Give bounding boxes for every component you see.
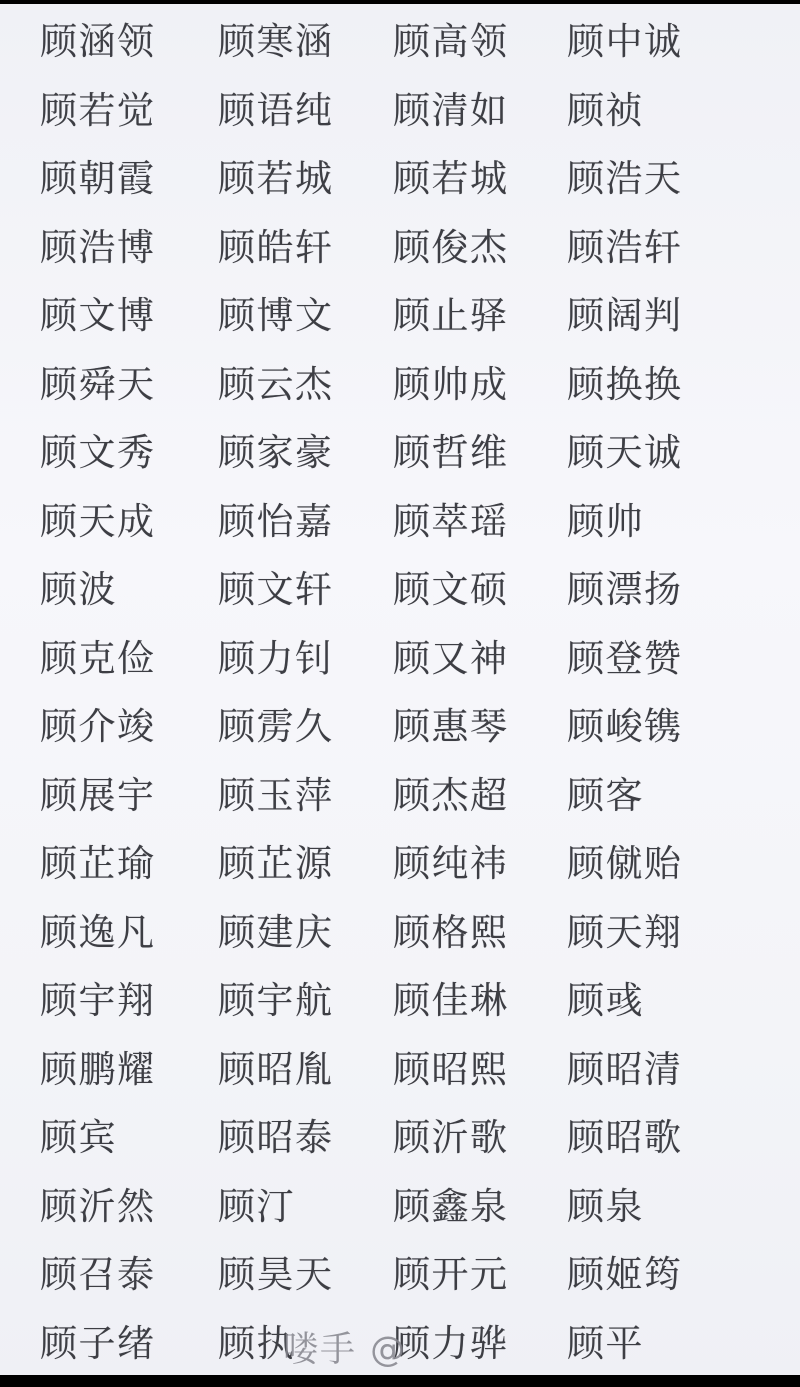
name-cell: 顾纯祎	[393, 833, 567, 887]
name-cell: 顾中诚	[567, 11, 800, 65]
name-cell: 顾俊杰	[393, 217, 567, 271]
name-cell: 顾宾	[40, 1107, 218, 1161]
name-cell: 顾帅	[567, 491, 800, 545]
name-cell: 顾逸凡	[40, 902, 218, 956]
name-cell: 顾又神	[393, 628, 567, 682]
name-cell: 顾昭熙	[393, 1039, 567, 1093]
name-cell: 顾昊天	[218, 1244, 393, 1298]
name-cell: 顾换换	[567, 354, 800, 408]
name-cell: 顾彧	[567, 970, 800, 1024]
name-cell: 顾天翔	[567, 902, 800, 956]
name-cell: 顾昭泰	[218, 1107, 393, 1161]
bottom-black-bar	[0, 1375, 800, 1387]
name-cell: 顾浩天	[567, 148, 800, 202]
watermark-text: 喽手 @	[283, 1330, 407, 1370]
name-cell: 顾若城	[218, 148, 393, 202]
name-cell: 顾舜天	[40, 354, 218, 408]
name-cell: 顾峻镌	[567, 696, 800, 750]
name-cell: 顾皓轩	[218, 217, 393, 271]
name-cell: 顾祯	[567, 80, 800, 134]
name-cell: 顾格熙	[393, 902, 567, 956]
name-cell: 顾帅成	[393, 354, 567, 408]
name-cell: 顾文轩	[218, 559, 393, 613]
name-cell: 顾语纯	[218, 80, 393, 134]
name-cell: 顾昭胤	[218, 1039, 393, 1093]
name-cell: 顾云杰	[218, 354, 393, 408]
name-cell: 顾建庆	[218, 902, 393, 956]
name-cell: 顾开元	[393, 1244, 567, 1298]
name-cell: 顾家豪	[218, 422, 393, 476]
name-cell: 顾文硕	[393, 559, 567, 613]
name-cell: 顾止驿	[393, 285, 567, 339]
name-cell: 顾涵领	[40, 11, 218, 65]
name-cell: 顾力钊	[218, 628, 393, 682]
watermark: 喽手 @	[283, 1322, 407, 1372]
name-cell: 顾哲维	[393, 422, 567, 476]
name-cell: 顾阔判	[567, 285, 800, 339]
name-cell: 顾文博	[40, 285, 218, 339]
name-cell: 顾平	[567, 1313, 800, 1367]
name-cell: 顾宇翔	[40, 970, 218, 1024]
name-cell: 顾若城	[393, 148, 567, 202]
name-cell: 顾汀	[218, 1176, 393, 1230]
name-cell: 顾展宇	[40, 765, 218, 819]
name-cell: 顾力骅	[393, 1313, 567, 1367]
name-cell: 顾文秀	[40, 422, 218, 476]
name-cell: 顾天成	[40, 491, 218, 545]
name-cell: 顾怡嘉	[218, 491, 393, 545]
name-cell: 顾子绪	[40, 1313, 218, 1367]
name-cell: 顾沂然	[40, 1176, 218, 1230]
name-cell: 顾克俭	[40, 628, 218, 682]
name-cell: 顾佳琳	[393, 970, 567, 1024]
name-cell: 顾鹏耀	[40, 1039, 218, 1093]
name-cell: 顾介竣	[40, 696, 218, 750]
name-cell: 顾惠琴	[393, 696, 567, 750]
name-cell: 顾芷瑜	[40, 833, 218, 887]
name-cell: 顾清如	[393, 80, 567, 134]
name-cell: 顾波	[40, 559, 218, 613]
name-cell: 顾登赞	[567, 628, 800, 682]
name-cell: 顾泉	[567, 1176, 800, 1230]
name-cell: 顾姬筠	[567, 1244, 800, 1298]
name-cell: 顾昭歌	[567, 1107, 800, 1161]
name-cell: 顾宇航	[218, 970, 393, 1024]
name-grid: 顾涵领顾寒涵顾高领顾中诚顾若觉顾语纯顾清如顾祯顾朝霞顾若城顾若城顾浩天顾浩博顾皓…	[0, 4, 800, 1375]
name-cell: 顾浩轩	[567, 217, 800, 271]
name-cell: 顾玉萍	[218, 765, 393, 819]
name-cell: 顾沂歌	[393, 1107, 567, 1161]
name-cell: 顾漂扬	[567, 559, 800, 613]
name-cell: 顾鑫泉	[393, 1176, 567, 1230]
name-cell: 顾雳久	[218, 696, 393, 750]
name-cell: 顾天诚	[567, 422, 800, 476]
name-cell: 顾客	[567, 765, 800, 819]
name-cell: 顾博文	[218, 285, 393, 339]
name-list-page: 顾涵领顾寒涵顾高领顾中诚顾若觉顾语纯顾清如顾祯顾朝霞顾若城顾若城顾浩天顾浩博顾皓…	[0, 0, 800, 1387]
name-cell: 顾高领	[393, 11, 567, 65]
name-cell: 顾若觉	[40, 80, 218, 134]
name-cell: 顾杰超	[393, 765, 567, 819]
name-cell: 顾僦贻	[567, 833, 800, 887]
name-cell: 顾昭清	[567, 1039, 800, 1093]
name-cell: 顾朝霞	[40, 148, 218, 202]
name-cell: 顾芷源	[218, 833, 393, 887]
name-cell: 顾浩博	[40, 217, 218, 271]
name-cell: 顾萃瑶	[393, 491, 567, 545]
name-cell: 顾召泰	[40, 1244, 218, 1298]
name-cell: 顾寒涵	[218, 11, 393, 65]
